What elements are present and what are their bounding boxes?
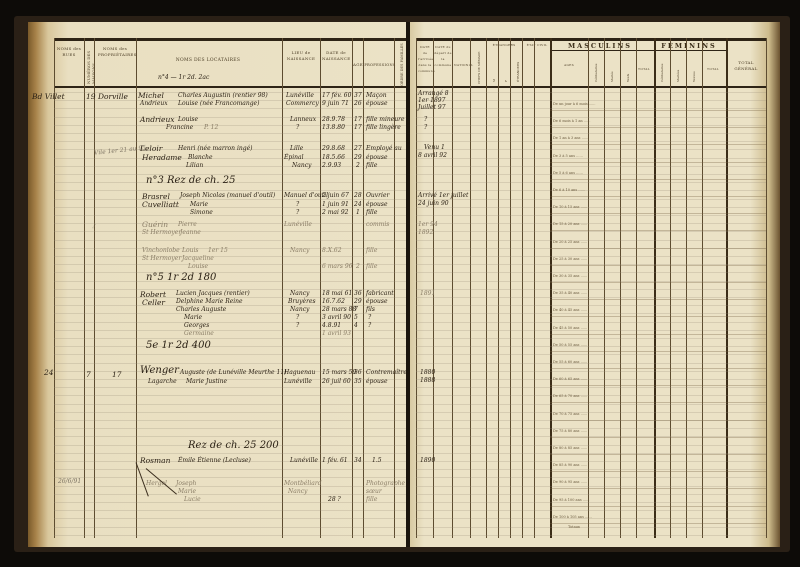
ruled-line: [416, 149, 766, 150]
entry-birthdate: 1 avril 93: [322, 330, 351, 337]
entry-age: 5: [354, 314, 358, 321]
entry-birthplace: ?: [296, 314, 299, 321]
header-f-total: TOTAL: [702, 66, 724, 72]
right-page: DATE de l'arrivée dans la commune DATE d…: [410, 22, 780, 547]
entry-surname: Wenger: [140, 365, 179, 376]
entry-profession: Maçon: [366, 92, 387, 99]
header-m-maries: Mariés: [610, 56, 614, 82]
entry-surname: Andrieux: [140, 115, 175, 124]
ruled-line: [416, 371, 766, 372]
ruled-line: [416, 322, 766, 323]
entry-owner-no: 17: [112, 370, 122, 379]
header-noms-rues: NOMS des RUES: [56, 46, 82, 58]
entry-birthdate: 18.5.66: [322, 154, 345, 161]
age-group-divider: [550, 334, 766, 335]
margin-note: Vile 1er 21 au 95: [94, 144, 147, 156]
age-group-label: De 45 à 50 ans ......: [553, 326, 587, 330]
entry-profession: épouse: [366, 298, 388, 305]
age-group-divider: [550, 454, 766, 455]
left-page: NOMS des RUES NUMÉROS DES MAISONS NOMS d…: [28, 22, 418, 547]
age-group-label: De 100 à 105 ans ......: [553, 515, 592, 519]
age-group-label: De 3 à 5 ans ......: [553, 154, 583, 158]
ruled-line: [54, 272, 408, 273]
entry-birthdate: 18 mai 61: [322, 290, 352, 297]
ruled-line: [416, 289, 766, 290]
entry-birthplace: Montbéliard: [284, 480, 322, 487]
entry-given: Pierre: [178, 221, 197, 228]
entry-birthplace: Lanneux: [290, 116, 316, 123]
ruled-line: [416, 141, 766, 142]
entry-profession: Photographe: [366, 480, 405, 487]
entry-birthplace: Épinal: [284, 154, 304, 161]
ruled-line: [54, 338, 408, 339]
ruled-line: [416, 338, 766, 339]
ruled-line: [54, 469, 408, 470]
ruled-line: [416, 223, 766, 224]
ruled-line: [416, 166, 766, 167]
age-group-divider: [550, 196, 766, 197]
entry-birthplace: Nancy: [290, 290, 309, 297]
entry-age: 17: [354, 116, 362, 123]
ruled-line: [54, 428, 408, 429]
header-f-veuves: Veuves: [692, 56, 696, 82]
arrival-note: 8 avril 92: [418, 152, 447, 159]
entry-profession: épouse: [366, 100, 388, 107]
age-group-divider: [550, 144, 766, 145]
group-header-masculin: MASCULINS: [550, 42, 650, 50]
entry-profession: Ouvrier: [366, 192, 389, 199]
entry-profession: 1.5: [372, 457, 382, 464]
entry-given: Delphine Marie Reine: [176, 298, 243, 305]
age-group-divider: [550, 420, 766, 421]
entry-given: Charles Augustin (rentier 98): [178, 92, 268, 99]
entry-birthplace: Commercy: [286, 100, 319, 107]
age-group-divider: [550, 179, 766, 180]
ruled-line: [54, 395, 408, 396]
section-heading: n°3 Rez de ch. 25: [146, 175, 236, 186]
header-age: AGE: [353, 62, 363, 68]
header-sexe-m: M: [492, 56, 496, 82]
ruled-line: [416, 510, 766, 511]
arrival-note: Arrangé 8: [418, 90, 449, 97]
section-heading: Rez de ch. 25 200: [188, 440, 279, 451]
age-group-label: De un jour à 6 mois ......: [553, 102, 596, 106]
header-ages: AGES: [550, 62, 588, 68]
entry-surname: Andrieux: [140, 100, 168, 107]
entry-street: Bd Villet: [32, 92, 65, 101]
register-book: NOMS des RUES NUMÉROS DES MAISONS NOMS d…: [14, 16, 790, 552]
entry-birthplace: ?: [296, 322, 299, 329]
entry-given: Louise (née Francomange): [178, 100, 259, 107]
entry-birthplace: Lunéville: [286, 92, 314, 99]
ruled-line: [416, 354, 766, 355]
age-group-divider: [550, 471, 766, 472]
group-divider: [550, 50, 726, 51]
entry-profession: fils: [366, 306, 375, 313]
arrival-note: 1888: [420, 377, 435, 384]
ruled-line: [416, 387, 766, 388]
ruled-line: [54, 486, 408, 487]
age-group-label: De 55 à 60 ans ......: [553, 360, 587, 364]
ruled-line: [416, 469, 766, 470]
entry-birthdate: 6 mars 96: [322, 263, 352, 270]
age-group-label: De 60 à 65 ans ......: [553, 377, 587, 381]
entry-age: 2: [356, 263, 360, 270]
header-bottom-rule: [54, 86, 408, 88]
entry-profession: fille: [366, 496, 377, 503]
entry-given: Lucie: [184, 496, 201, 503]
entry-birthdate: 28 mars 88: [322, 306, 356, 313]
ruled-line: [416, 207, 766, 208]
entry-given: Louise: [178, 116, 198, 123]
entry-birthdate: 2 juin 67: [322, 192, 349, 199]
entry-age: 27: [354, 145, 362, 152]
arrival-note: Venu 1: [424, 144, 445, 151]
entry-birthplace: Haguenau: [284, 369, 315, 376]
entry-age: 24: [354, 201, 362, 208]
column-rule: [766, 38, 767, 538]
entry-age: 34: [354, 457, 362, 464]
age-group-label: De 6 à 10 ans ......: [553, 188, 585, 192]
age-group-label: De 70 à 75 ans ......: [553, 412, 587, 416]
header-sexe-f: F: [504, 56, 508, 82]
entry-profession: Contremaître: [366, 369, 407, 376]
entry-surname: Vinchonlobe: [142, 247, 180, 254]
ruled-line: [54, 477, 408, 478]
entry-house-no: 7: [86, 370, 91, 379]
entry-given: Auguste (de Lunéville Meurthe 11): [180, 369, 287, 376]
age-group-label: De 50 à 55 ans ......: [553, 343, 587, 347]
entry-given: Simone: [190, 209, 213, 216]
entry-owner: Dorville: [98, 92, 128, 101]
entry-given: Émile Étienne (Lecluse): [178, 457, 251, 464]
ruled-line: [416, 117, 766, 118]
entry-given: Marie: [190, 201, 208, 208]
ruled-line: [54, 436, 408, 437]
entry-annotation: P. 12: [204, 124, 218, 131]
arrival-note: Arrivé 1er juillet: [418, 192, 468, 199]
entry-profession: fille: [366, 263, 377, 270]
section-heading: 5e 1r 2d 400: [146, 340, 211, 351]
entry-birthdate: 29.8.68: [322, 145, 345, 152]
margin-note: 26/6/91: [58, 478, 81, 485]
ruled-line: [416, 330, 766, 331]
ruled-line: [416, 297, 766, 298]
entry-birthdate: 3 avril 90: [322, 314, 351, 321]
entry-profession: Employé au: [366, 145, 402, 152]
header-date-depart: DATE du départ de la commune: [434, 44, 452, 68]
ruled-line: [54, 108, 408, 109]
entry-age: 29: [354, 154, 362, 161]
arrival-note: 1880: [420, 369, 435, 376]
age-group-divider: [550, 162, 766, 163]
entry-profession: fille: [366, 247, 377, 254]
age-group-divider: [550, 265, 766, 266]
entry-birthdate: 16.7.62: [322, 298, 345, 305]
ruled-line: [54, 527, 408, 528]
entry-profession: ?: [368, 314, 371, 321]
ruled-line: [54, 215, 408, 216]
ruled-line: [416, 477, 766, 478]
entry-profession: fabricant: [366, 290, 394, 297]
entry-birthdate: 26 juil 60: [322, 378, 351, 385]
entry-given: Germaine: [184, 330, 214, 337]
entry-age: 4: [354, 322, 358, 329]
entry-profession: fille lingère: [366, 124, 401, 131]
ruled-line: [416, 305, 766, 306]
entry-birthplace: Lunéville: [284, 378, 312, 385]
age-group-label: De 30 à 35 ans ......: [553, 274, 587, 278]
ruled-line: [416, 445, 766, 446]
ruled-line: [416, 215, 766, 216]
entry-given: Louise: [188, 263, 208, 270]
ruled-line: [54, 141, 408, 142]
ruled-line: [416, 190, 766, 191]
entry-house-no: 19: [86, 92, 96, 101]
ruled-line: [54, 387, 408, 388]
entry-given: Blanche: [188, 154, 213, 161]
age-group-label: De 10 à 15 ans ......: [553, 205, 587, 209]
entry-birthdate: 9 juin 71: [322, 100, 349, 107]
entry-given: Jacqueline: [182, 255, 214, 262]
ruled-line: [416, 428, 766, 429]
ruled-line: [54, 354, 408, 355]
ruled-line: [54, 166, 408, 167]
age-group-label: De 15 à 20 ans ......: [553, 222, 587, 226]
ruled-line: [54, 231, 408, 232]
age-group-label: De 6 mois à 1 an ......: [553, 119, 590, 123]
entry-birthplace: Lunéville: [290, 457, 318, 464]
entry-given: Francine: [166, 124, 193, 131]
ruled-line: [54, 535, 408, 536]
entry-given: Lucien Jacques (rentier): [176, 290, 250, 297]
header-etrangers: ÉTRANGERS: [486, 42, 522, 48]
ruled-line: [54, 330, 408, 331]
entry-given: Jeanne: [180, 229, 201, 236]
entry-profession: épouse: [366, 201, 388, 208]
entry-birthdate: 2.9.93: [322, 162, 341, 169]
ruled-line: [416, 158, 766, 159]
ruled-line: [416, 125, 766, 126]
header-noms-proprietaires: NOMS des PROPRIÉTAIRES: [98, 46, 132, 58]
ruled-line: [416, 133, 766, 134]
age-group-divider: [550, 351, 766, 352]
arrival-note: 1er 1897: [418, 97, 445, 104]
ruled-line: [54, 281, 408, 282]
age-group-divider: [550, 402, 766, 403]
entry-birthdate: 15 mars 59: [322, 369, 356, 376]
entry-surname: Heradame: [142, 153, 182, 162]
age-group-divider: [550, 110, 766, 111]
entry-birthdate: 13.8.80: [322, 124, 345, 131]
arrival-note: ?: [424, 124, 427, 131]
header-national: NATIONAL: [454, 62, 470, 68]
header-date-arrivee: DATE de l'arrivée dans la commune: [418, 44, 432, 74]
entry-age: 36: [354, 290, 362, 297]
age-group-label: De 1 an à 3 ans ......: [553, 136, 588, 140]
ruled-line: [54, 264, 408, 265]
entry-age: 17: [354, 124, 362, 131]
entry-age: 2: [356, 162, 360, 169]
age-group-label: De 5 à 6 ans ......: [553, 171, 583, 175]
header-f-mariees: Mariées: [676, 56, 680, 82]
entry-given: Joseph Nicolas (manuel d'outil): [180, 192, 275, 199]
entry-profession: ?: [368, 322, 371, 329]
header-total-general: TOTAL GÉNÉRAL: [726, 60, 766, 72]
entry-profession: fille mineure: [366, 116, 405, 123]
ruled-line: [416, 535, 766, 536]
ruled-line: [54, 494, 408, 495]
ruled-line: [416, 92, 766, 93]
age-group-label: De 25 à 30 ans ......: [553, 257, 587, 261]
arrival-note: ?: [424, 116, 427, 123]
entry-surname: Michel: [138, 91, 164, 100]
arrival-note: 1er 94: [418, 221, 438, 228]
entry-age: 1: [356, 209, 360, 216]
ruled-line: [416, 502, 766, 503]
entry-birthplace: ?: [296, 124, 299, 131]
entry-profession: commis: [366, 221, 389, 228]
ruled-line: [416, 363, 766, 364]
age-group-divider: [550, 127, 766, 128]
entry-given: Joseph: [176, 480, 196, 487]
entry-birthdate: 2 mai 92: [322, 209, 348, 216]
ruled-line: [416, 231, 766, 232]
age-group-label: De 85 à 90 ans ......: [553, 463, 587, 467]
header-m-total: TOTAL: [634, 66, 654, 72]
ruled-line: [54, 510, 408, 511]
age-group-divider: [550, 213, 766, 214]
arrival-note: 1891: [420, 290, 435, 297]
section-heading: n°5 1r 2d 180: [146, 272, 216, 283]
entry-age: 36: [354, 369, 362, 376]
ruled-line: [416, 404, 766, 405]
arrival-note: 1892: [418, 229, 433, 236]
entry-birthdate: 17 fév. 60: [322, 92, 351, 99]
entry-birthplace: Bruyères: [288, 298, 316, 305]
ruled-line: [54, 240, 408, 241]
ruled-line: [416, 272, 766, 273]
age-group-label: Totaux: [568, 525, 580, 529]
age-group-label: De 80 à 85 ans ......: [553, 446, 587, 450]
entry-surname: Cuvelliatt: [142, 200, 179, 209]
entry-surname: Leloir: [140, 144, 162, 153]
entry-birthdate: 28.9.78: [322, 116, 345, 123]
ruled-line: [416, 486, 766, 487]
entry-birthplace: Nancy: [288, 488, 307, 495]
ruled-line: [416, 395, 766, 396]
age-group-divider: [550, 437, 766, 438]
header-etrangers-group: ÉTRANGERS: [516, 52, 520, 82]
ruled-line: [416, 256, 766, 257]
age-group-divider: [550, 368, 766, 369]
header-lieu-naissance: LIEU de NAISSANCE: [286, 50, 316, 62]
entry-surname: Lagarche: [148, 378, 177, 385]
entry-age: 37: [354, 92, 362, 99]
header-annotation: n°4 — 1r 2d. 2ac: [158, 74, 209, 81]
entry-age: 28 ?: [328, 496, 341, 503]
ruled-line: [416, 412, 766, 413]
header-noms-locataires: NOMS DES LOCATAIRES: [138, 58, 278, 64]
entry-birthplace: Lunéville: [284, 221, 312, 228]
header-chefs: CHEFS DE MÉNAGE: [477, 44, 481, 84]
entry-given: Marie Justine: [186, 378, 227, 385]
ruled-line: [54, 518, 408, 519]
entry-surname: Celler: [142, 298, 165, 307]
entry-surname: St Hermoyer: [142, 255, 181, 262]
entry-birthplace: Lille: [290, 145, 303, 152]
entry-given: Henri (née marron ingé): [178, 145, 252, 152]
ruled-line: [54, 453, 408, 454]
ruled-line: [416, 174, 766, 175]
ruled-line: [416, 461, 766, 462]
arrival-note: 24 juin 90: [418, 200, 449, 207]
entry-age: 26: [354, 100, 362, 107]
ruled-line: [416, 313, 766, 314]
ruled-line: [416, 182, 766, 183]
age-group-divider: [550, 316, 766, 317]
entry-annotation: 1er 15: [208, 247, 228, 254]
entry-given: Charles Auguste: [176, 306, 226, 313]
entry-age: 35: [354, 378, 362, 385]
ruled-line: [416, 346, 766, 347]
header-top-rule: [416, 38, 766, 41]
header-f-celibataires: Célibataires: [660, 56, 664, 82]
header-bottom-rule: [416, 86, 766, 88]
ruled-line: [54, 256, 408, 257]
arrival-note: 1890: [420, 457, 435, 464]
entry-profession: épouse: [366, 378, 388, 385]
age-group-label: De 65 à 70 ans ......: [553, 394, 587, 398]
ruled-line: [54, 248, 408, 249]
group-header-feminin: FÉMININS: [654, 42, 724, 50]
ruled-line: [416, 379, 766, 380]
entry-surname: St Hermoyer: [142, 229, 181, 236]
ruled-line: [416, 494, 766, 495]
ruled-line: [54, 404, 408, 405]
entry-given: Marie: [184, 314, 202, 321]
entry-profession: sœur: [366, 488, 382, 495]
entry-age: 29: [354, 298, 362, 305]
age-group-divider: [550, 230, 766, 231]
ruled-line: [54, 133, 408, 134]
entry-street-no: 24: [44, 368, 54, 377]
age-group-label: De 40 à 45 ans ......: [553, 308, 587, 312]
entry-birthdate: 4.8.91: [322, 322, 341, 329]
ruled-line: [54, 420, 408, 421]
header-m-veufs: Veufs: [626, 56, 630, 82]
age-group-label: De 95 à 100 ans ......: [553, 498, 589, 502]
header-ordre-familles: ORDRE DES FAMILLES: [400, 42, 404, 86]
age-group-divider: [550, 282, 766, 283]
age-group-divider: [550, 299, 766, 300]
header-date-naissance: DATE de NAISSANCE: [322, 50, 350, 62]
entry-given: Louis: [182, 247, 198, 254]
age-group-divider: [550, 488, 766, 489]
entry-age: 28: [354, 192, 362, 199]
entry-profession: épouse: [366, 154, 388, 161]
age-group-label: De 75 à 80 ans ......: [553, 429, 587, 433]
entry-profession: fille: [366, 209, 377, 216]
ruled-line: [416, 240, 766, 241]
entry-age: 7: [354, 306, 358, 313]
entry-surname: Guérin: [142, 220, 168, 229]
header-top-rule: [54, 38, 408, 41]
age-group-label: De 35 à 40 ans ......: [553, 291, 587, 295]
arrival-note: Juillet 97: [418, 104, 446, 111]
entry-profession: fille: [366, 162, 377, 169]
ruled-line: [416, 527, 766, 528]
